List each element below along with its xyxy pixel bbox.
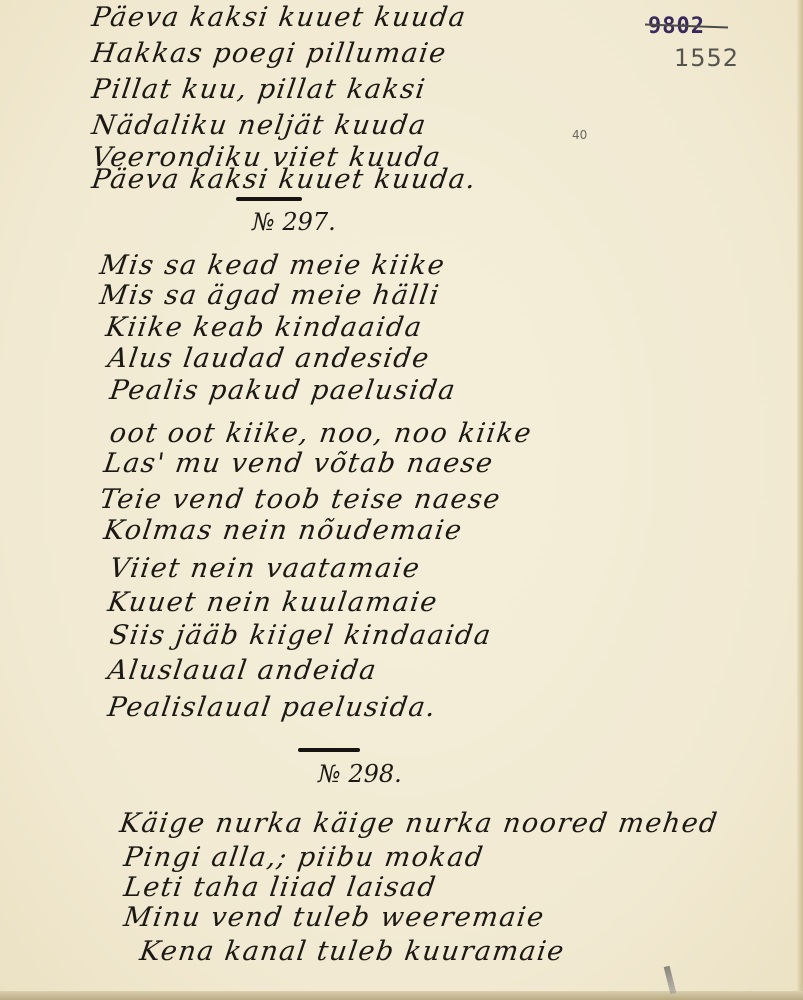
pencil-page-number: 1552: [674, 44, 739, 72]
verse-line: Nädaliku neljät kuuda: [90, 110, 429, 141]
section-divider: [236, 197, 302, 201]
verse-line: Kolmas nein nõudemaie: [102, 515, 465, 546]
verse-line: Teie vend toob teise naese: [98, 484, 503, 515]
verse-line: Leti taha liiad laisad: [122, 872, 439, 903]
verse-line: Päeva kaksi kuuet kuuda: [90, 2, 469, 33]
verse-line: Viiet nein vaatamaie: [108, 553, 423, 584]
pencil-margin-note: 40: [572, 128, 587, 142]
verse-line: Las' mu vend võtab naese: [102, 448, 496, 479]
verse-line: Siis jääb kiigel kindaaida: [108, 620, 494, 651]
verse-line: Käige nurka käige nurka noored mehed: [118, 808, 720, 839]
verse-line: Hakkas poegi pillumaie: [90, 38, 449, 69]
page-bottom-edge: [0, 991, 803, 1000]
song-heading-297: № 297.: [252, 208, 336, 236]
verse-line: oot oot kiike, noo, noo kiike: [108, 418, 534, 449]
verse-line: Minu vend tuleb weeremaie: [122, 902, 547, 933]
song-heading-298: № 298.: [318, 760, 402, 788]
verse-line: Päeva kaksi kuuet kuuda.: [90, 164, 479, 195]
verse-line: Pealislaual paelusida.: [106, 692, 439, 723]
verse-line: Kena kanal tuleb kuuramaie: [138, 936, 567, 967]
verse-line: Pillat kuu, pillat kaksi: [90, 74, 428, 105]
verse-line: Alus laudad andeside: [106, 343, 432, 374]
verse-line: Mis sa kead meie kiike: [98, 250, 448, 281]
verse-line: Kiike keab kindaaida: [104, 312, 425, 343]
page-right-edge: [797, 0, 803, 1000]
verse-line: Kuuet nein kuulamaie: [106, 587, 440, 618]
verse-line: Aluslaual andeida: [106, 655, 379, 686]
verse-line: Pingi alla,; piibu mokad: [122, 842, 486, 873]
section-divider: [298, 748, 360, 752]
verse-line: Pealis pakud paelusida: [108, 375, 458, 406]
verse-line: Mis sa ägad meie hälli: [98, 280, 442, 311]
